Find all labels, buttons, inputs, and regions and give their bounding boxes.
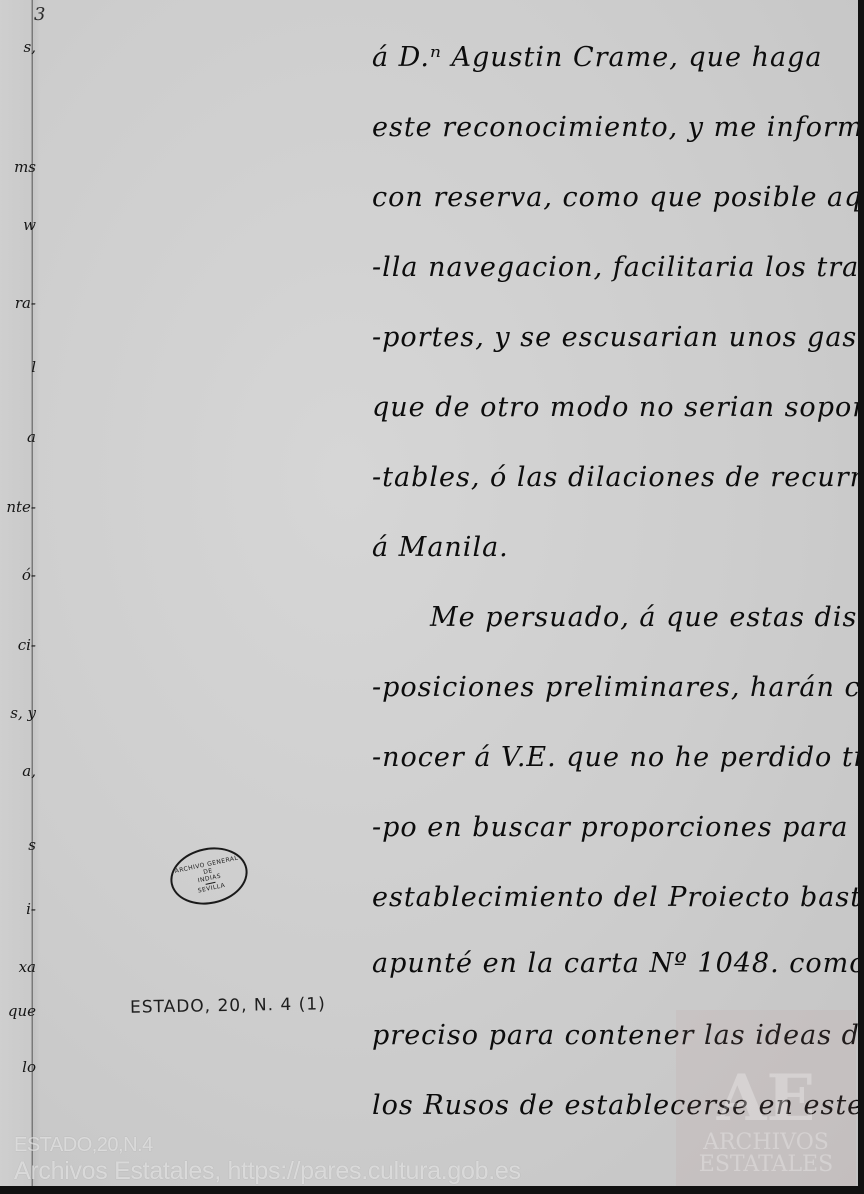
manuscript-line: -tables, ó las dilaciones de recurrir xyxy=(372,462,864,493)
archivos-estatales-logo-watermark: AE ARCHIVOS ESTATALES xyxy=(676,1010,856,1186)
margin-fragment: ó- xyxy=(0,566,36,584)
margin-fragment: s, xyxy=(0,38,36,56)
archive-stamp: ARCHIVO GENERAL DE INDIAS SEVILLA xyxy=(165,841,253,912)
manuscript-line: á D.ⁿ Agustin Crame, que haga xyxy=(372,42,822,73)
manuscript-line: apunté en la carta Nº 1048. como xyxy=(372,948,864,979)
manuscript-line: este reconocimiento, y me informe xyxy=(372,112,864,143)
watermark-reference: ESTADO,20,N.4 xyxy=(14,1134,521,1156)
margin-fragment: ra- xyxy=(0,294,36,312)
stamp-line: SEVILLA xyxy=(197,881,226,894)
manuscript-line: -portes, y se escusarian unos gastos xyxy=(372,322,864,353)
margin-fragment: i- xyxy=(0,900,36,918)
manuscript-line: que de otro modo no serian sopor- xyxy=(372,392,864,423)
logo-text: ARCHIVOS xyxy=(703,1132,829,1154)
manuscript-line: Me persuado, á que estas dis- xyxy=(372,602,864,633)
margin-fragment: nte- xyxy=(0,498,36,516)
manuscript-line: -posiciones preliminares, harán co- xyxy=(372,672,864,703)
margin-fragment: ms xyxy=(0,158,36,176)
margin-fragment: ci- xyxy=(0,636,36,654)
watermark-source: Archivos Estatales, https://pares.cultur… xyxy=(14,1156,521,1186)
margin-fragment: s xyxy=(0,836,36,854)
manuscript-line: á Manila. xyxy=(372,532,509,563)
scan-bottom-border xyxy=(0,1186,864,1194)
margin-fragment: l xyxy=(0,358,36,376)
manuscript-scan: s, ms w ra- l a nte- ó- ci- s, y a, s i-… xyxy=(0,0,864,1194)
manuscript-line: establecimiento del Proiecto basto, que xyxy=(372,882,864,913)
margin-fragment: w xyxy=(0,216,36,234)
logo-mark: AE xyxy=(717,1066,815,1132)
margin-fragment: xa xyxy=(0,958,36,976)
margin-fragment: s, y xyxy=(0,704,36,722)
archive-reference-label: ESTADO, 20, N. 4 (1) xyxy=(130,994,326,1017)
manuscript-line: -nocer á V.E. que no he perdido tiem- xyxy=(372,742,864,773)
margin-fragment: a, xyxy=(0,762,36,780)
manuscript-line: con reserva, como que posible aque- xyxy=(372,182,864,213)
manuscript-line: -lla navegacion, facilitaria los trans- xyxy=(372,252,864,283)
folio-number: 3 xyxy=(34,4,45,25)
scan-right-border xyxy=(858,0,864,1194)
manuscript-line: -po en buscar proporciones para el xyxy=(372,812,864,843)
margin-fragment: lo xyxy=(0,1058,36,1076)
left-margin-fragments: s, ms w ra- l a nte- ó- ci- s, y a, s i-… xyxy=(0,0,32,1194)
logo-text: ESTATALES xyxy=(699,1154,833,1176)
watermark-credit: ESTADO,20,N.4 Archivos Estatales, https:… xyxy=(14,1134,521,1186)
margin-fragment: a xyxy=(0,428,36,446)
margin-fragment: que xyxy=(0,1002,36,1020)
